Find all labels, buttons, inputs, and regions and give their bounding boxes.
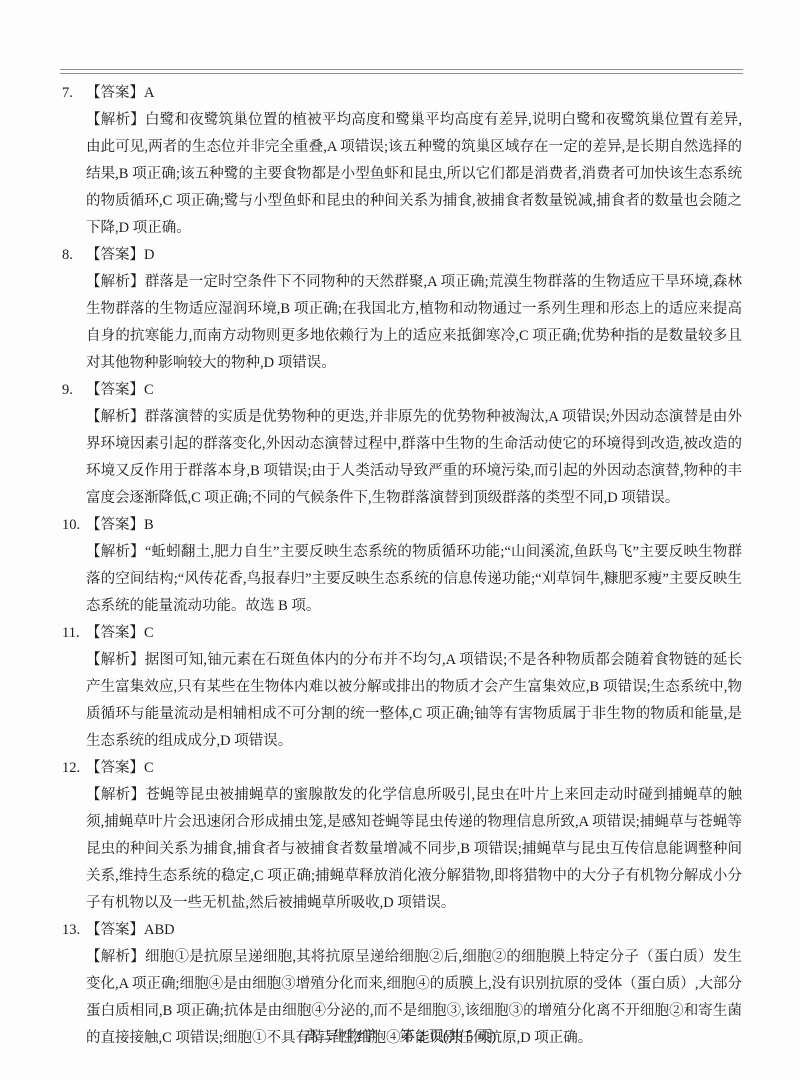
footer-page-number: 第 2 页(共 5 页) xyxy=(400,1029,497,1045)
question-number: 8. xyxy=(62,242,73,269)
answer-value: C xyxy=(144,625,154,641)
answer-label: 【答案】 xyxy=(86,517,144,533)
answer-item-8: 8. 【答案】D 【解析】群落是一定时空条件下不同物种的天然群聚,A 项正确;荒… xyxy=(62,242,742,377)
footer-course-title: 高二生物学 xyxy=(304,1029,377,1045)
answer-key-body: 7. 【答案】A 【解析】白鹭和夜鹭筑巢位置的植被平均高度和鹭巢平均高度有差异,… xyxy=(62,80,742,1052)
answer-item-7: 7. 【答案】A 【解析】白鹭和夜鹭筑巢位置的植被平均高度和鹭巢平均高度有差异,… xyxy=(62,80,742,242)
analysis-label: 【解析】 xyxy=(86,787,145,803)
answer-label: 【答案】 xyxy=(86,382,144,398)
answer-value: C xyxy=(144,760,154,776)
analysis-text: “蚯蚓翻土,肥力自生”主要反映生态系统的物质循环功能;“山间溪流,鱼跃鸟飞”主要… xyxy=(86,544,742,614)
analysis-text: 白鹭和夜鹭筑巢位置的植被平均高度和鹭巢平均高度有差异,说明白鹭和夜鹭筑巢位置有差… xyxy=(86,112,742,236)
answer-item-9: 9. 【答案】C 【解析】群落演替的实质是优势物种的更迭,并非原先的优势物种被淘… xyxy=(62,377,742,512)
analysis-label: 【解析】 xyxy=(86,409,145,425)
question-number: 12. xyxy=(62,755,80,782)
analysis-text: 群落是一定时空条件下不同物种的天然群聚,A 项正确;荒漠生物群落的生物适应干旱环… xyxy=(86,274,742,371)
analysis-label: 【解析】 xyxy=(86,949,145,965)
question-number: 7. xyxy=(62,80,73,107)
answer-value: A xyxy=(144,85,154,101)
answer-line: 【答案】D xyxy=(86,242,742,269)
question-number: 11. xyxy=(62,620,80,647)
analysis-text: 据图可知,铀元素在石斑鱼体内的分布并不均匀,A 项错误;不是各种物质都会随着食物… xyxy=(86,652,742,749)
analysis-paragraph: 【解析】群落演替的实质是优势物种的更迭,并非原先的优势物种被淘汰,A 项错误;外… xyxy=(86,404,742,512)
analysis-paragraph: 【解析】白鹭和夜鹭筑巢位置的植被平均高度和鹭巢平均高度有差异,说明白鹭和夜鹭筑巢… xyxy=(86,107,742,242)
answer-line: 【答案】C xyxy=(86,377,742,404)
analysis-label: 【解析】 xyxy=(86,112,145,128)
analysis-label: 【解析】 xyxy=(86,652,145,668)
answer-line: 【答案】C xyxy=(86,620,742,647)
analysis-label: 【解析】 xyxy=(86,544,145,560)
analysis-label: 【解析】 xyxy=(86,274,145,290)
answer-line: 【答案】A xyxy=(86,80,742,107)
page-top-rule xyxy=(60,69,743,74)
answer-label: 【答案】 xyxy=(86,85,144,101)
question-number: 9. xyxy=(62,377,73,404)
question-number: 10. xyxy=(62,512,80,539)
answer-value: ABD xyxy=(144,922,175,938)
answer-line: 【答案】ABD xyxy=(86,917,742,944)
analysis-paragraph: 【解析】群落是一定时空条件下不同物种的天然群聚,A 项正确;荒漠生物群落的生物适… xyxy=(86,269,742,377)
analysis-paragraph: 【解析】“蚯蚓翻土,肥力自生”主要反映生态系统的物质循环功能;“山间溪流,鱼跃鸟… xyxy=(86,539,742,620)
answer-line: 【答案】C xyxy=(86,755,742,782)
answer-label: 【答案】 xyxy=(86,247,144,263)
answer-item-11: 11. 【答案】C 【解析】据图可知,铀元素在石斑鱼体内的分布并不均匀,A 项错… xyxy=(62,620,742,755)
answer-item-12: 12. 【答案】C 【解析】苍蝇等昆虫被捕蝇草的蜜腺散发的化学信息所吸引,昆虫在… xyxy=(62,755,742,917)
analysis-paragraph: 【解析】据图可知,铀元素在石斑鱼体内的分布并不均匀,A 项错误;不是各种物质都会… xyxy=(86,647,742,755)
answer-label: 【答案】 xyxy=(86,625,144,641)
answer-value: D xyxy=(144,247,154,263)
analysis-paragraph: 【解析】苍蝇等昆虫被捕蝇草的蜜腺散发的化学信息所吸引,昆虫在叶片上来回走动时碰到… xyxy=(86,782,742,917)
answer-label: 【答案】 xyxy=(86,760,144,776)
answer-value: B xyxy=(144,517,154,533)
answer-value: C xyxy=(144,382,154,398)
analysis-text: 苍蝇等昆虫被捕蝇草的蜜腺散发的化学信息所吸引,昆虫在叶片上来回走动时碰到捕蝇草的… xyxy=(86,787,742,911)
page-footer: 高二生物学第 2 页(共 5 页) xyxy=(0,1024,800,1051)
question-number: 13. xyxy=(62,917,80,944)
answer-line: 【答案】B xyxy=(86,512,742,539)
analysis-text: 群落演替的实质是优势物种的更迭,并非原先的优势物种被淘汰,A 项错误;外因动态演… xyxy=(86,409,742,506)
answer-item-10: 10. 【答案】B 【解析】“蚯蚓翻土,肥力自生”主要反映生态系统的物质循环功能… xyxy=(62,512,742,620)
answer-label: 【答案】 xyxy=(86,922,144,938)
